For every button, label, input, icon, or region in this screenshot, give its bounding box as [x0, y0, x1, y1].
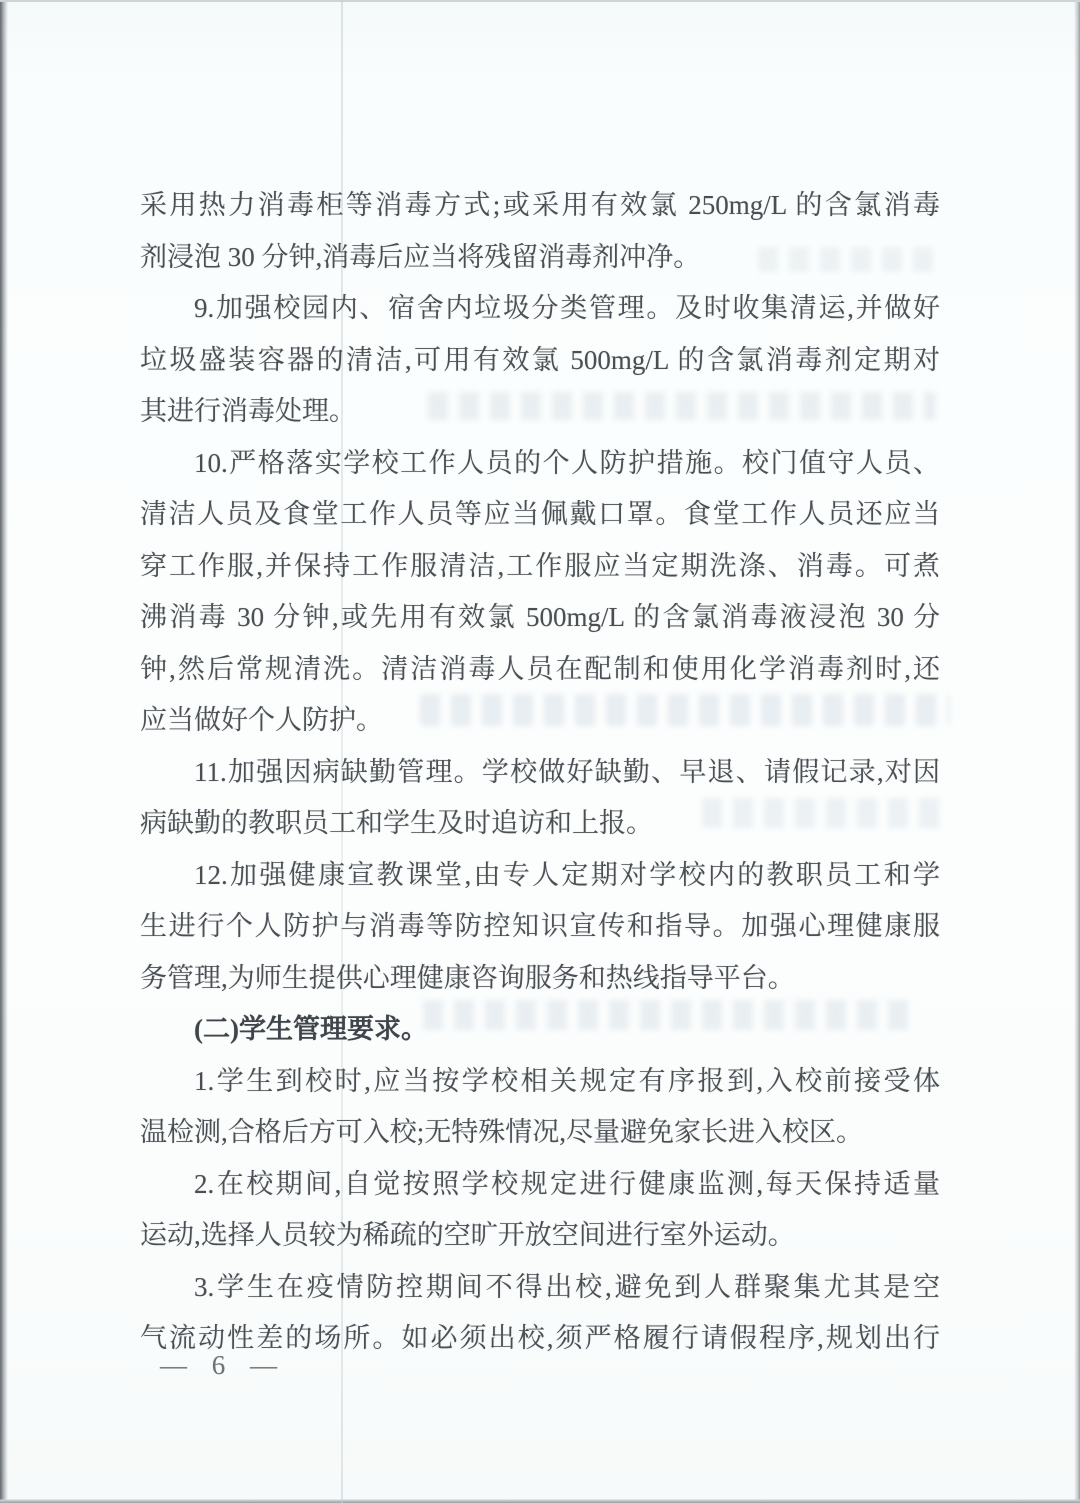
text-line: 运动,选择人员较为稀疏的空旷开放空间进行室外运动。 — [140, 1210, 940, 1262]
scanned-document-page: 采用热力消毒柜等消毒方式;或采用有效氯 250mg/L 的含氯消毒 剂浸泡 30… — [0, 0, 1080, 1503]
scanner-right-edge — [1074, 0, 1080, 1503]
text-line: 钟,然后常规清洗。清洁消毒人员在配制和使用化学消毒剂时,还 — [140, 644, 940, 696]
text-line: 11.加强因病缺勤管理。学校做好缺勤、早退、请假记录,对因 — [140, 747, 940, 799]
text-line: 生进行个人防护与消毒等防控知识宣传和指导。加强心理健康服 — [140, 901, 940, 953]
text-line: 2.在校期间,自觉按照学校规定进行健康监测,每天保持适量 — [140, 1159, 940, 1211]
text-line: 10.严格落实学校工作人员的个人防护措施。校门值守人员、 — [140, 438, 940, 490]
document-body: 采用热力消毒柜等消毒方式;或采用有效氯 250mg/L 的含氯消毒 剂浸泡 30… — [140, 180, 940, 1365]
text-line: 12.加强健康宣教课堂,由专人定期对学校内的教职员工和学 — [140, 850, 940, 902]
text-line: 应当做好个人防护。 — [140, 695, 940, 747]
scanner-left-edge — [0, 0, 8, 1503]
text-line: 剂浸泡 30 分钟,消毒后应当将残留消毒剂冲净。 — [140, 232, 940, 284]
section-heading: (二)学生管理要求。 — [140, 1004, 940, 1056]
text-line: 其进行消毒处理。 — [140, 386, 940, 438]
text-line: 垃圾盛装容器的清洁,可用有效氯 500mg/L 的含氯消毒剂定期对 — [140, 335, 940, 387]
text-line: 病缺勤的教职员工和学生及时追访和上报。 — [140, 798, 940, 850]
text-line: 沸消毒 30 分钟,或先用有效氯 500mg/L 的含氯消毒液浸泡 30 分 — [140, 592, 940, 644]
page-number: — 6 — — [160, 1350, 277, 1381]
text-line: 穿工作服,并保持工作服清洁,工作服应当定期洗涤、消毒。可煮 — [140, 541, 940, 593]
text-line: 9.加强校园内、宿舍内垃圾分类管理。及时收集清运,并做好 — [140, 283, 940, 335]
text-line: 1.学生到校时,应当按学校相关规定有序报到,入校前接受体 — [140, 1056, 940, 1108]
scanner-bottom-edge — [0, 1499, 1080, 1503]
text-line: 3.学生在疫情防控期间不得出校,避免到人群聚集尤其是空 — [140, 1262, 940, 1314]
text-line: 清洁人员及食堂工作人员等应当佩戴口罩。食堂工作人员还应当 — [140, 489, 940, 541]
scanner-top-edge — [0, 0, 1080, 2]
text-line: 采用热力消毒柜等消毒方式;或采用有效氯 250mg/L 的含氯消毒 — [140, 180, 940, 232]
text-line: 温检测,合格后方可入校;无特殊情况,尽量避免家长进入校区。 — [140, 1107, 940, 1159]
text-line: 务管理,为师生提供心理健康咨询服务和热线指导平台。 — [140, 953, 940, 1005]
